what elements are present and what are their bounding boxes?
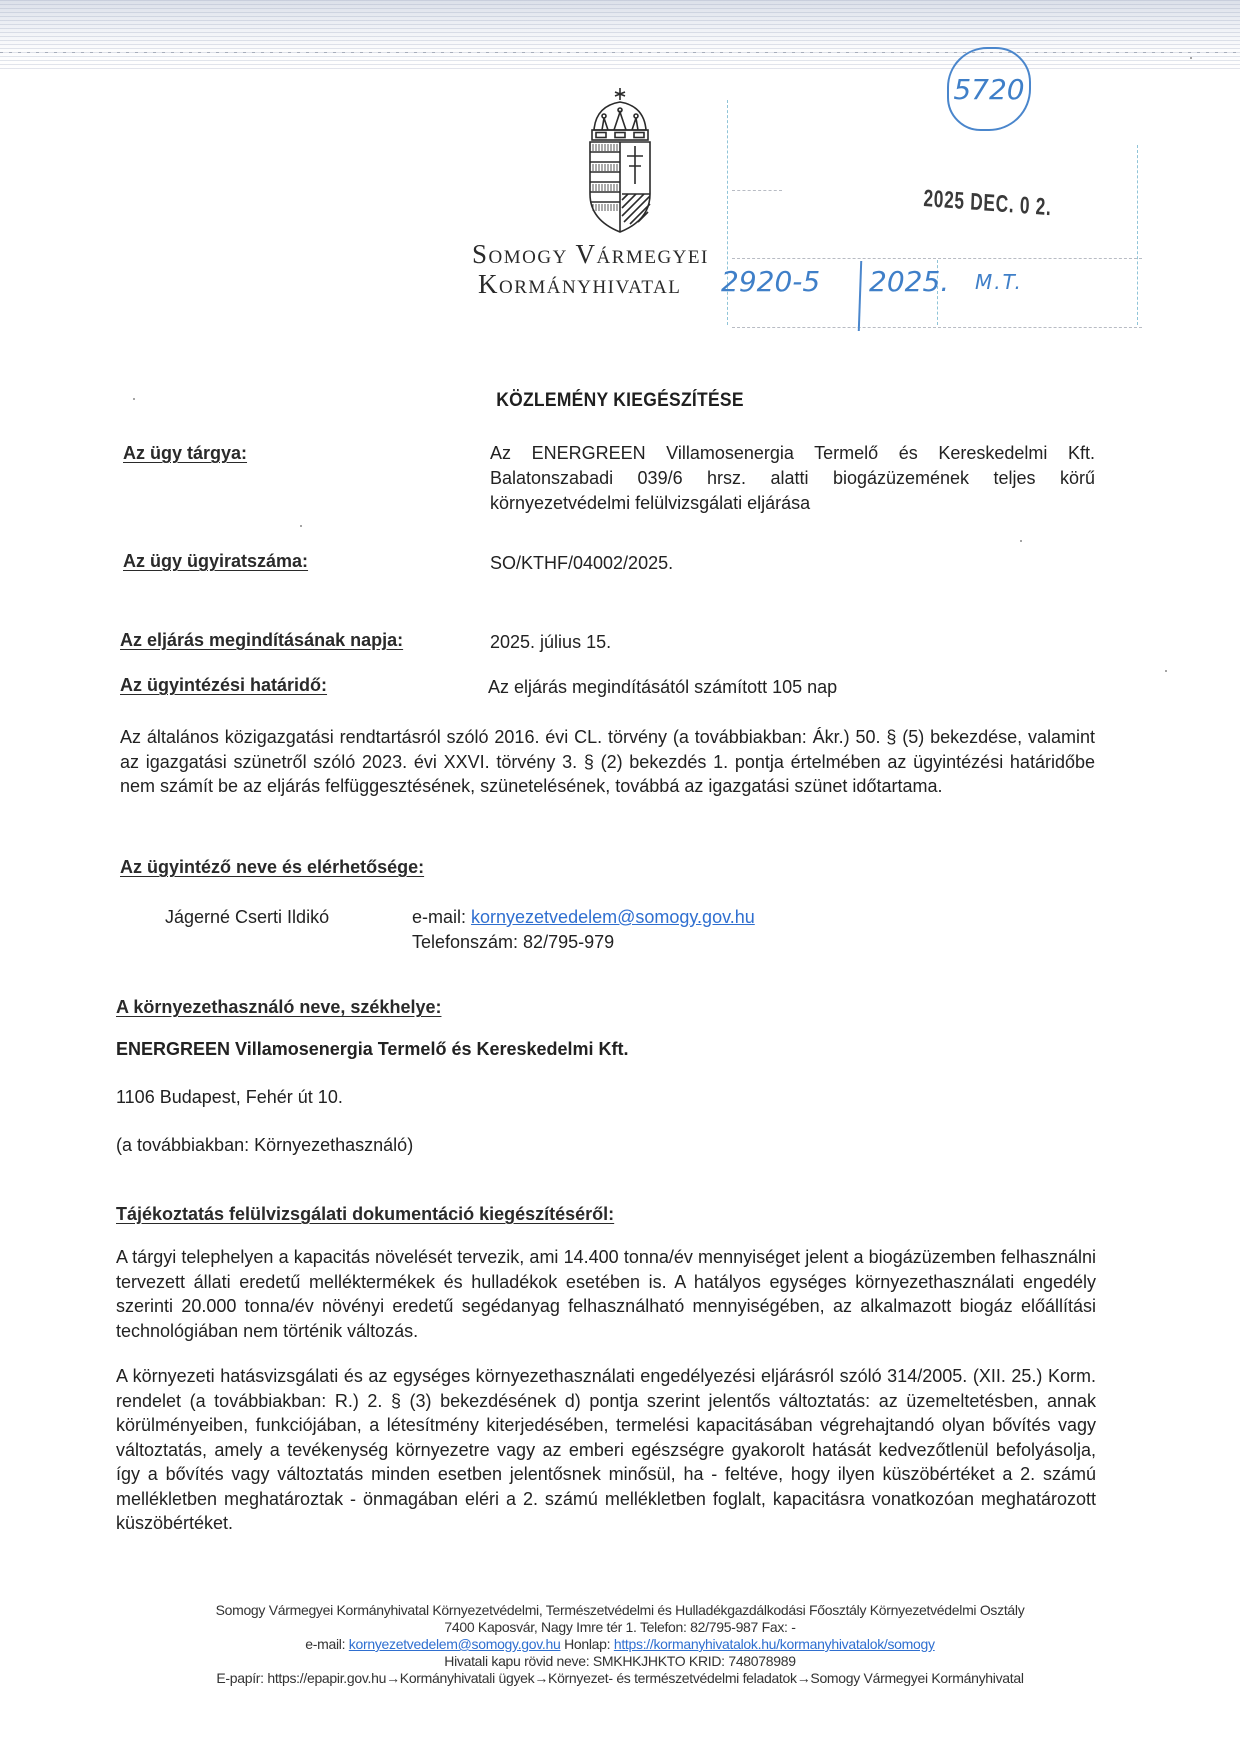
footer-address: 7400 Kaposvár, Nagy Imre tér 1. Telefon:… (0, 1619, 1240, 1636)
info-heading: Tájékoztatás felülvizsgálati dokumentáci… (116, 1204, 614, 1225)
deadline-value: Az eljárás megindításától számított 105 … (488, 675, 837, 700)
footer-website-link[interactable]: https://kormanyhivatalok.hu/kormanyhivat… (614, 1636, 935, 1652)
footer-web-label: Honlap: (561, 1636, 614, 1652)
environment-user-address: 1106 Budapest, Fehér út 10. (116, 1085, 343, 1110)
received-date-stamp: 2025 DEC. 0 2. (923, 185, 1052, 222)
footer-email-label: e-mail: (305, 1636, 349, 1652)
environment-user-alias: (a továbbiakban: Környezethasználó) (116, 1133, 413, 1158)
environment-user-heading: A környezethasználó neve, székhelye: (116, 997, 441, 1018)
contact-heading: Az ügyintéző neve és elérhetősége: (120, 857, 424, 878)
stamp-border (732, 327, 1142, 328)
environment-user-company: ENERGREEN Villamosenergia Termelő és Ker… (116, 1037, 629, 1062)
hungarian-coat-of-arms-icon (584, 86, 656, 236)
contact-phone: Telefonszám: 82/795-979 (412, 930, 614, 955)
registration-stamp: 5720 2025 DEC. 0 2. 2920-5 2025. M.T. (727, 105, 1147, 335)
footer-email-link[interactable]: kornyezetvedelem@somogy.gov.hu (349, 1636, 561, 1652)
footer-department: Somogy Vármegyei Kormányhivatal Környeze… (0, 1602, 1240, 1619)
file-number-value: SO/KTHF/04002/2025. (490, 551, 673, 576)
page-footer: Somogy Vármegyei Kormányhivatal Környeze… (0, 1602, 1240, 1687)
file-number-label: Az ügy ügyiratszáma: (123, 551, 308, 572)
subject-label: Az ügy tárgya: (123, 443, 247, 464)
handwritten-circled-number: 5720 (947, 47, 1031, 131)
stamp-border (732, 190, 782, 191)
scan-artifact-band (0, 0, 1240, 70)
contact-email-line: e-mail: kornyezetvedelem@somogy.gov.hu (412, 905, 755, 930)
handwritten-registration-year: 2025. (869, 265, 949, 298)
contact-email-label: e-mail: (412, 907, 471, 927)
handwritten-initials: M.T. (975, 270, 1023, 294)
footer-office-gateway: Hivatali kapu rövid neve: SMKHKJHKTO KRI… (0, 1653, 1240, 1670)
footer-epapir: E-papír: https://epapir.gov.hu→Kormányhi… (0, 1670, 1240, 1687)
contact-name: Jágerné Cserti Ildikó (165, 905, 329, 930)
contact-email-link[interactable]: kornyezetvedelem@somogy.gov.hu (471, 907, 755, 927)
deadline-label: Az ügyintézési határidő: (120, 675, 327, 696)
stamp-border (1137, 145, 1138, 325)
handwritten-registration-number: 2920-5 (721, 265, 820, 298)
info-paragraph-1: A tárgyi telephelyen a kapacitás növelés… (116, 1245, 1096, 1343)
handwritten-divider (858, 261, 862, 331)
start-date-value: 2025. július 15. (490, 630, 611, 655)
legal-note-paragraph: Az általános közigazgatási rendtartásról… (120, 725, 1095, 799)
scan-speck (133, 398, 135, 400)
start-date-label: Az eljárás megindításának napja: (120, 630, 403, 651)
info-paragraph-2: A környezeti hatásvizsgálati és az egysé… (116, 1364, 1096, 1536)
scan-speck (1020, 540, 1022, 542)
footer-contact-line: e-mail: kornyezetvedelem@somogy.gov.hu H… (0, 1636, 1240, 1653)
subject-value: Az ENERGREEN Villamosenergia Termelő és … (490, 441, 1095, 516)
scan-speck (1165, 670, 1167, 672)
stamp-border (732, 258, 1142, 259)
document-title: KÖZLEMÉNY KIEGÉSZÍTÉSE (50, 390, 1191, 412)
scan-speck (1190, 57, 1192, 59)
scan-speck (300, 525, 302, 527)
